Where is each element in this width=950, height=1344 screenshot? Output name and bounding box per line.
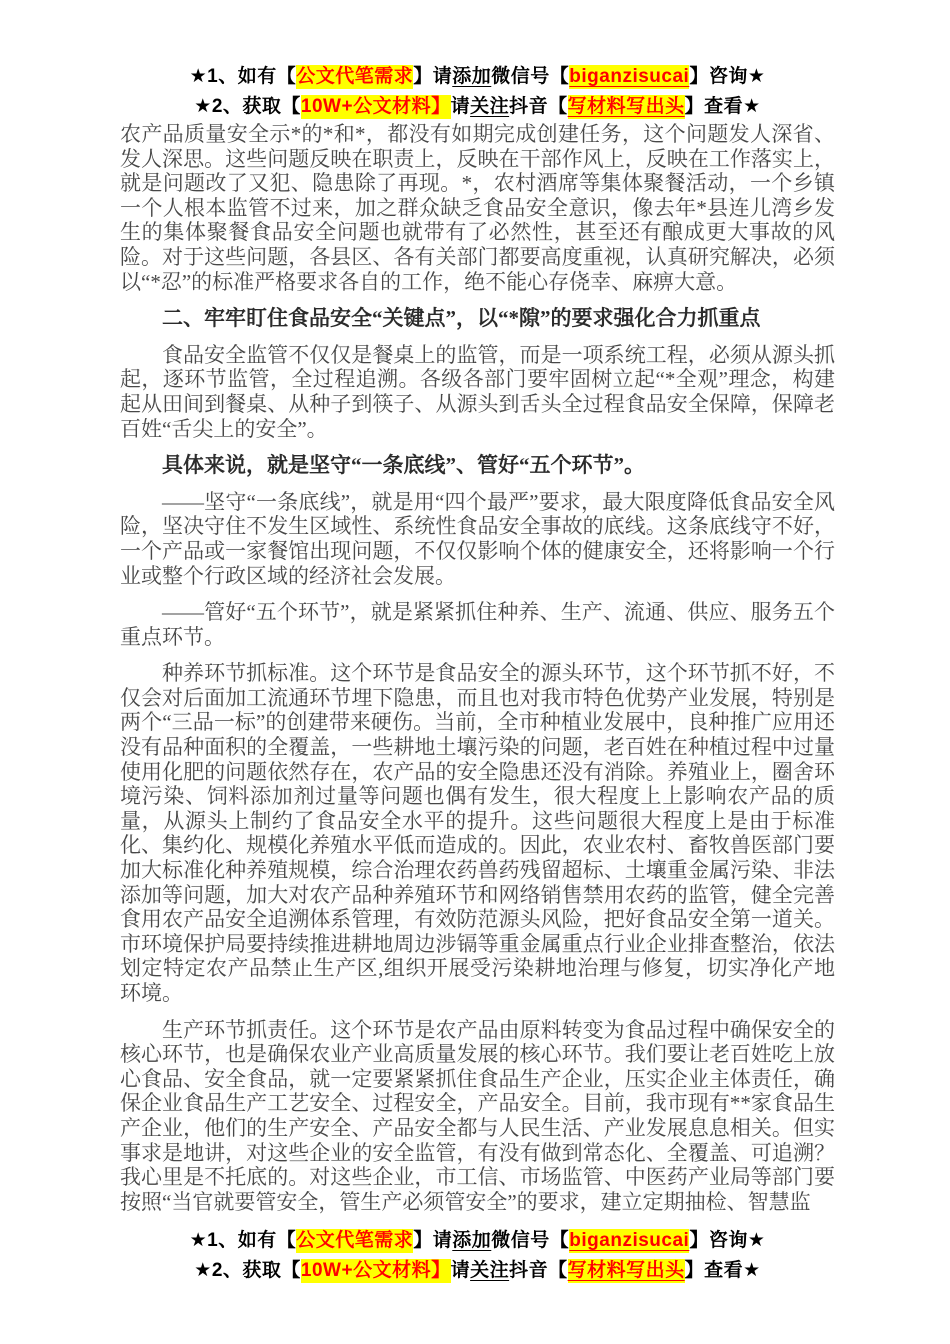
promo-underline-add: 添加 <box>452 66 491 87</box>
promo-text: 】咨询★ <box>689 1230 765 1251</box>
promo-text: 】查看★ <box>685 96 761 117</box>
promo-highlight-materials: 10W+公文材料】 <box>301 95 451 119</box>
promo-underline-follow: 关注 <box>470 1260 509 1281</box>
promo-underline-follow: 关注 <box>470 96 509 117</box>
promo-header-line-1: ★1、如有【公文代笔需求】请添加微信号【biganzisucai】咨询★ <box>120 62 835 92</box>
promo-text: 】请 <box>413 1230 452 1251</box>
promo-highlight-materials: 10W+公文材料】 <box>301 1259 451 1283</box>
promo-header-line-2: ★2、获取【10W+公文材料】请关注抖音【写材料写出头】查看★ <box>120 92 835 122</box>
promo-douyin-id: 写材料写出头 <box>568 95 685 119</box>
paragraph: ——坚守“一条底线”，就是用“四个最严”要求，最大限度降低食品安全风险，坚决守住… <box>120 490 835 588</box>
promo-wechat-id: biganzisucai <box>569 1229 689 1253</box>
promo-text: ★1、如有【 <box>190 66 297 87</box>
paragraph: 种养环节抓标准。这个环节是食品安全的源头环节，这个环节抓不好，不仅会对后面加工流… <box>120 661 835 1005</box>
promo-footer-line-1: ★1、如有【公文代笔需求】请添加微信号【biganzisucai】咨询★ <box>120 1226 835 1256</box>
promo-douyin-id: 写材料写出头 <box>568 1259 685 1283</box>
paragraph: 食品安全监管不仅仅是餐桌上的监管，而是一项系统工程，必须从源头抓起，逐环节监管，… <box>120 343 835 441</box>
paragraph-continuation: 农产品质量安全示*的*和*，都没有如期完成创建任务，这个问题发人深省、发人深思。… <box>120 122 835 294</box>
section-heading: 二、牢牢盯住食品安全“关键点”，以“*隙”的要求强化合力抓重点 <box>120 306 835 331</box>
promo-text: 】请 <box>413 66 452 87</box>
paragraph: ——管好“五个环节”，就是紧紧抓住种养、生产、流通、供应、服务五个重点环节。 <box>120 600 835 649</box>
paragraph: 生产环节抓责任。这个环节是农产品由原料转变为食品过程中确保安全的核心环节，也是确… <box>120 1018 835 1215</box>
promo-footer: ★1、如有【公文代笔需求】请添加微信号【biganzisucai】咨询★ ★2、… <box>120 1226 835 1286</box>
promo-text: ★2、获取【 <box>194 96 301 117</box>
promo-text: ★2、获取【 <box>194 1260 301 1281</box>
promo-text: 抖音【 <box>509 1260 568 1281</box>
promo-underline-add: 添加 <box>452 1230 491 1251</box>
promo-header: ★1、如有【公文代笔需求】请添加微信号【biganzisucai】咨询★ ★2、… <box>120 62 835 122</box>
promo-text: 抖音【 <box>509 96 568 117</box>
promo-text: 请 <box>451 96 471 117</box>
promo-text: 请 <box>451 1260 471 1281</box>
paragraph-bold-lead: 具体来说，就是坚守“一条底线”、管好“五个环节”。 <box>120 453 835 478</box>
promo-text: ★1、如有【 <box>190 1230 297 1251</box>
promo-footer-line-2: ★2、获取【10W+公文材料】请关注抖音【写材料写出头】查看★ <box>120 1256 835 1286</box>
promo-wechat-id: biganzisucai <box>569 65 689 89</box>
document-page: ★1、如有【公文代笔需求】请添加微信号【biganzisucai】咨询★ ★2、… <box>0 0 950 1344</box>
promo-highlight-need: 公文代笔需求 <box>296 1229 413 1253</box>
promo-text: 】查看★ <box>685 1260 761 1281</box>
promo-text: 微信号【 <box>491 66 569 87</box>
promo-text: 】咨询★ <box>689 66 765 87</box>
promo-highlight-need: 公文代笔需求 <box>296 65 413 89</box>
promo-text: 微信号【 <box>491 1230 569 1251</box>
document-body: 农产品质量安全示*的*和*，都没有如期完成创建任务，这个问题发人深省、发人深思。… <box>120 122 835 1214</box>
